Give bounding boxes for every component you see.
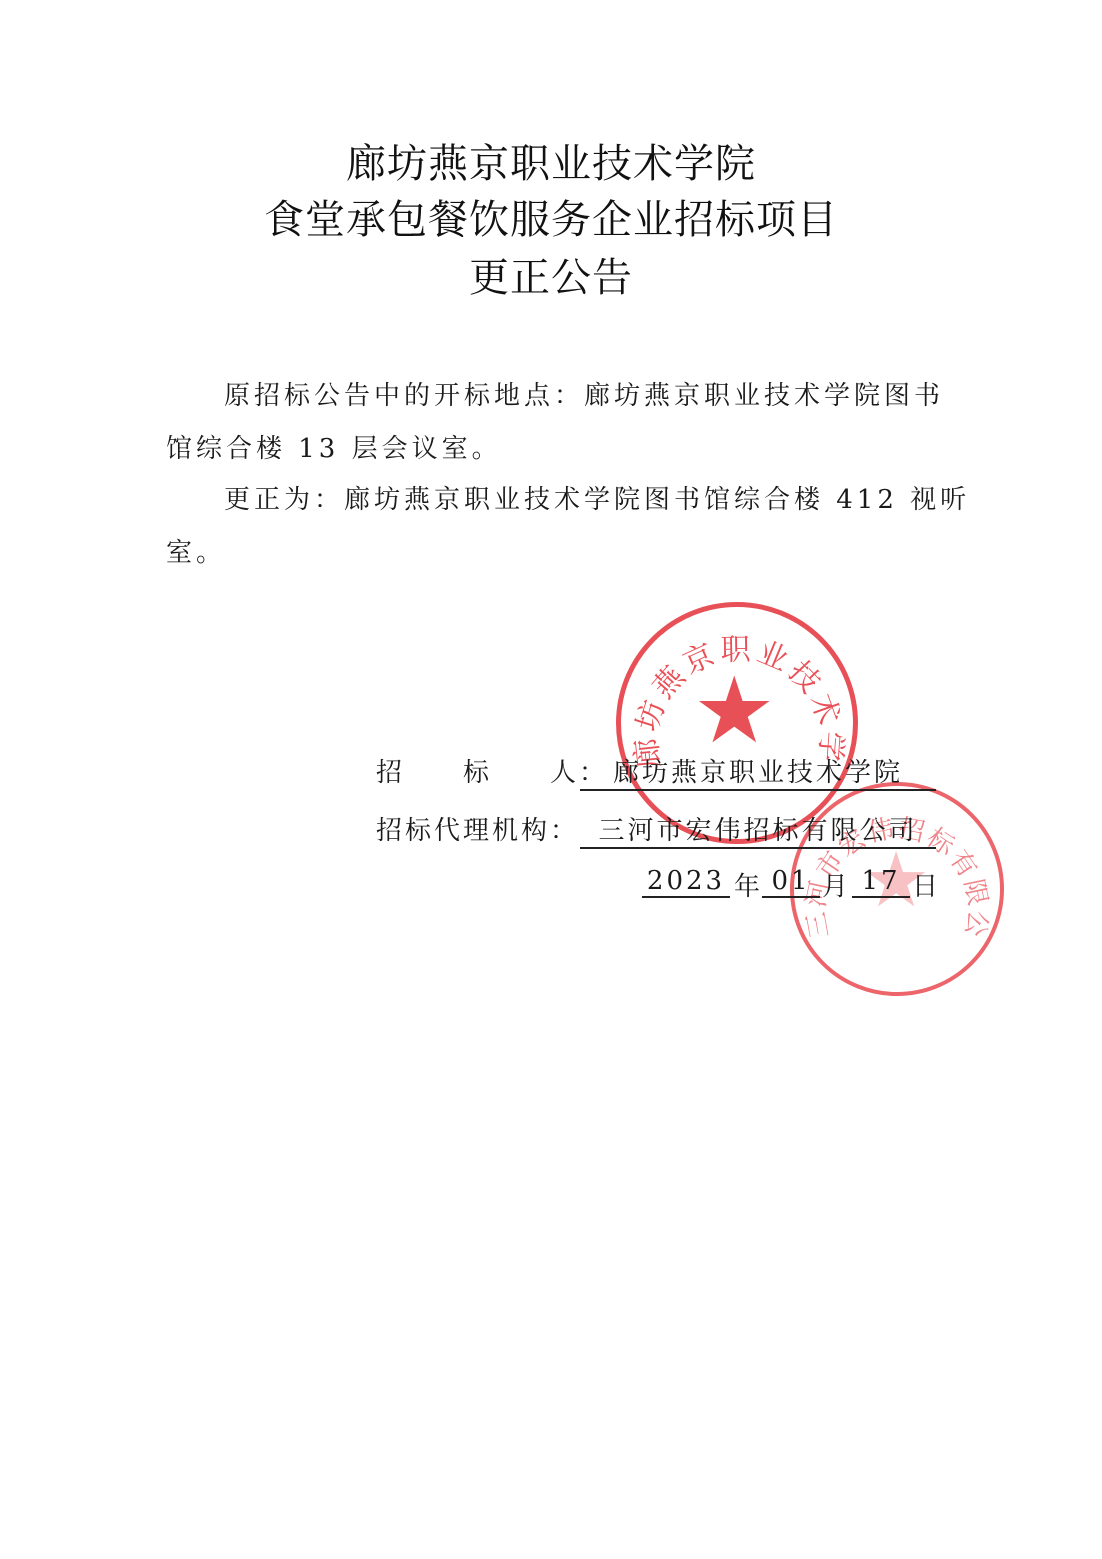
title-line-project: 食堂承包餐饮服务企业招标项目 [0, 190, 1102, 250]
date-month-unit: 月 [822, 866, 851, 903]
svg-text:廊坊燕京职业技术学院: 廊坊燕京职业技术学院 [621, 607, 849, 770]
title-line-institution: 廊坊燕京职业技术学院 [0, 134, 1102, 194]
title-line-notice-type: 更正公告 [0, 248, 1102, 308]
date-day: 17 [852, 866, 910, 898]
date-day-unit: 日 [912, 866, 941, 903]
tenderer-value: 廊坊燕京职业技术学院 [580, 752, 936, 791]
corrected-location-line-1: 更正为：廊坊燕京职业技术学院图书馆综合楼 412 视听 [224, 479, 970, 516]
original-location-line-1: 原招标公告中的开标地点：廊坊燕京职业技术学院图书 [224, 375, 944, 412]
corrected-location-line-2: 室。 [166, 532, 226, 569]
tenderer-label: 招 标 人： [376, 752, 608, 789]
agency-label: 招标代理机构： [376, 810, 579, 847]
agency-value: 三河市宏伟招标有限公司 [580, 810, 936, 849]
original-location-line-2: 馆综合楼 13 层会议室。 [166, 428, 502, 465]
date-year-unit: 年 [734, 866, 763, 903]
date-year: 2023 [642, 866, 730, 898]
date-month: 01 [762, 866, 820, 898]
